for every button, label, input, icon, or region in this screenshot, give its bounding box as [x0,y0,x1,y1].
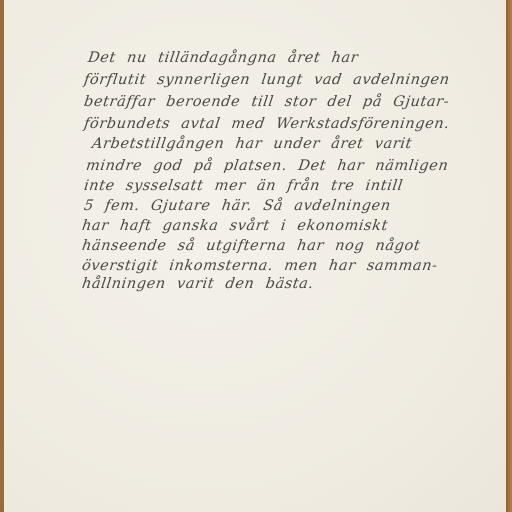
text-line: hållningen varit den bästa. [81,276,315,292]
text-line: Det nu tilländagångna året har [87,50,359,66]
handwritten-page: Det nu tilländagångna året har förflutit… [4,0,506,512]
text-line: har haft ganska svårt i ekonomiskt [81,218,389,234]
text-line: förbundets avtal med Werkstadsföreningen… [83,116,451,132]
text-line: mindre god på platsen. Det har nämligen [85,158,450,174]
text-line: Arbetstillgången har under året varit [91,136,413,152]
text-line: beträffar beroende till stor del på Gjut… [83,94,450,110]
text-line: 5 fem. Gjutare här. Så avdelningen [83,198,392,214]
text-line: hänseende så utgifterna har nog något [81,238,422,254]
text-line: inte sysselsatt mer än från tre intill [83,178,404,194]
page-edge-right [506,0,512,512]
text-line: förflutit synnerligen lungt vad avdelnin… [83,72,451,88]
text-line: överstigit inkomsterna. men har samman- [81,258,439,274]
